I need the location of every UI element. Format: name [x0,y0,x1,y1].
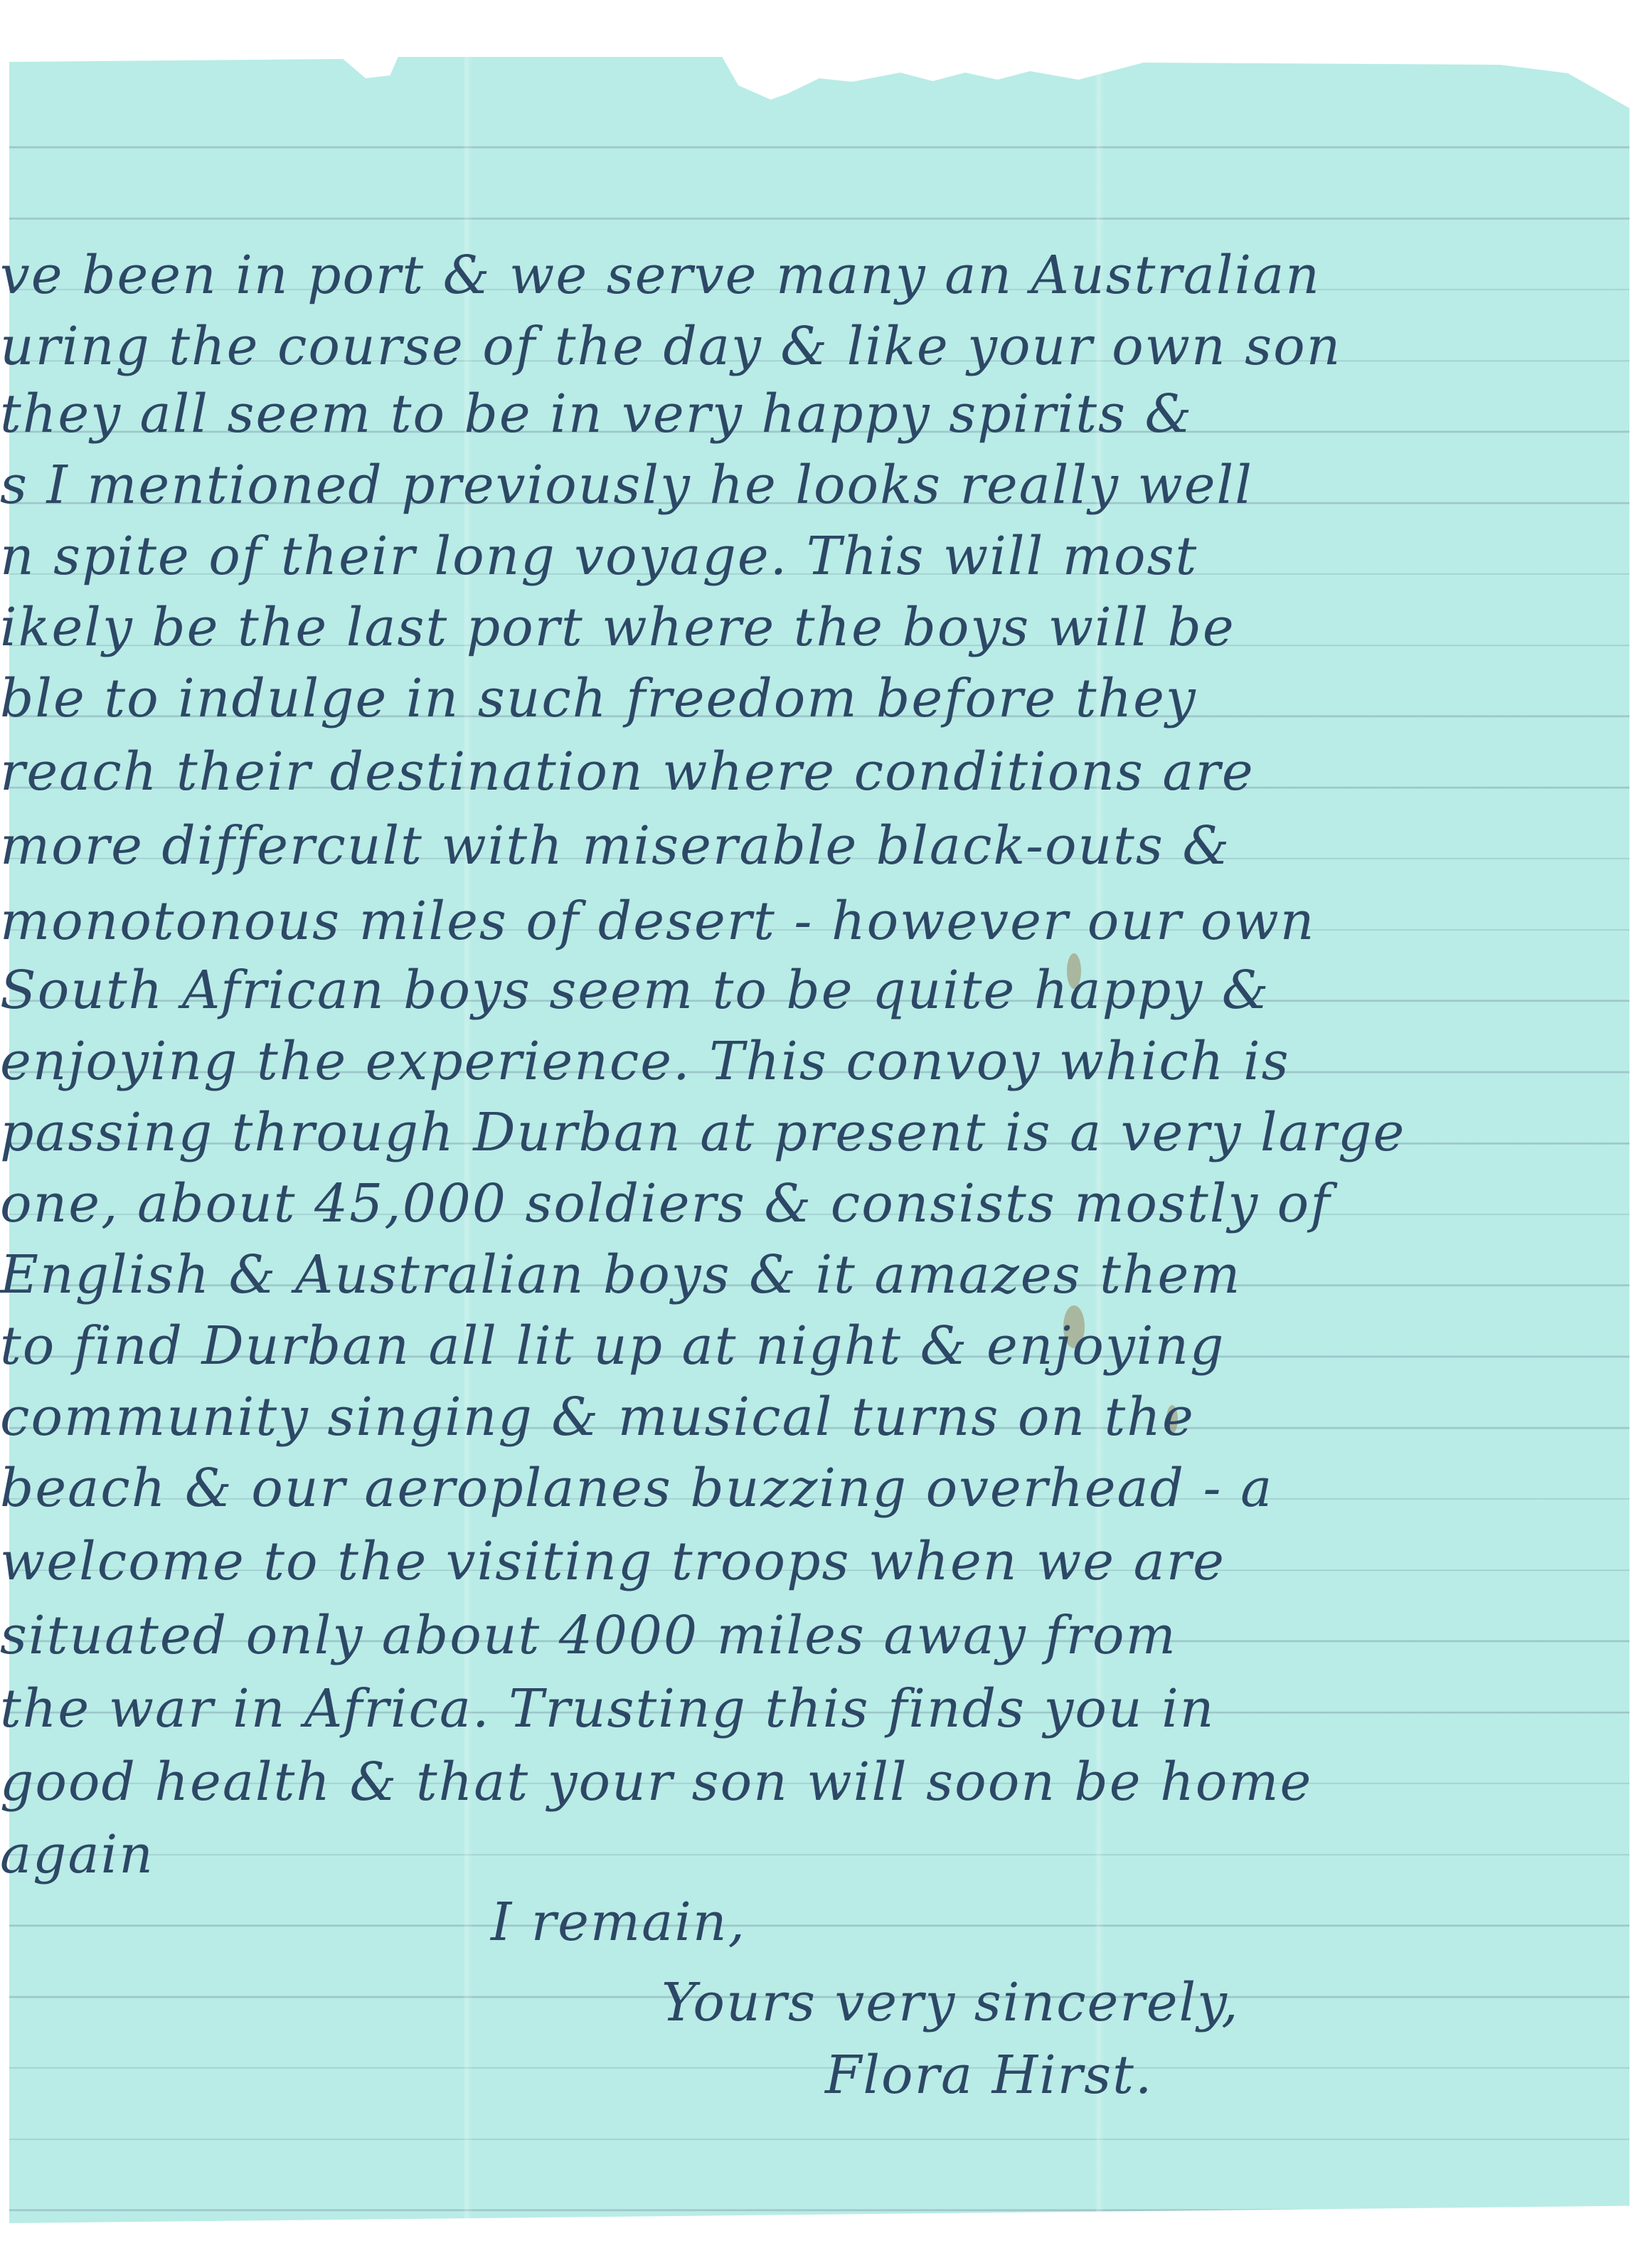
letter-line: English & Australian boys & it amazes th… [0,1249,1638,1301]
letter-line: monotonous miles of desert - however our… [0,895,1638,948]
letter-line: good health & that your son will soon be… [0,1756,1638,1808]
letter-line: they all seem to be in very happy spirit… [0,388,1638,440]
letter-line: welcome to the visiting troops when we a… [0,1535,1638,1588]
letter-line: enjoying the experience. This convoy whi… [0,1035,1638,1088]
letter-line: again [0,1828,1638,1881]
letter-line: more differcult with miserable black-out… [0,820,1638,872]
letter-line: ble to indulge in such freedom before th… [0,672,1638,725]
letter-line: the war in Africa. Trusting this finds y… [0,1683,1638,1735]
letter-line: community singing & musical turns on the [0,1391,1638,1443]
letter-line: to find Durban all lit up at night & enj… [0,1320,1638,1372]
letter-line: uring the course of the day & like your … [0,320,1638,373]
signature: Flora Hirst. [825,2049,1638,2102]
letter-line: beach & our aeroplanes buzzing overhead … [0,1462,1638,1515]
letter-line: n spite of their long voyage. This will … [0,530,1638,583]
letter-line: South African boys seem to be quite happ… [0,964,1638,1017]
letter-line: passing through Durban at present is a v… [0,1106,1638,1159]
letter-line: ikely be the last port where the boys wi… [0,601,1638,654]
letter-line: reach their destination where conditions… [0,746,1638,798]
letter-line: s I mentioned previously he looks really… [0,459,1638,512]
closing-sincerely: Yours very sincerely, [661,1976,1638,2029]
letter-line: situated only about 4000 miles away from [0,1609,1638,1662]
closing-remain: I remain, [491,1896,1638,1949]
letter-line: ve been in port & we serve many an Austr… [0,249,1638,302]
letter-line: one, about 45,000 soldiers & consists mo… [0,1177,1638,1230]
